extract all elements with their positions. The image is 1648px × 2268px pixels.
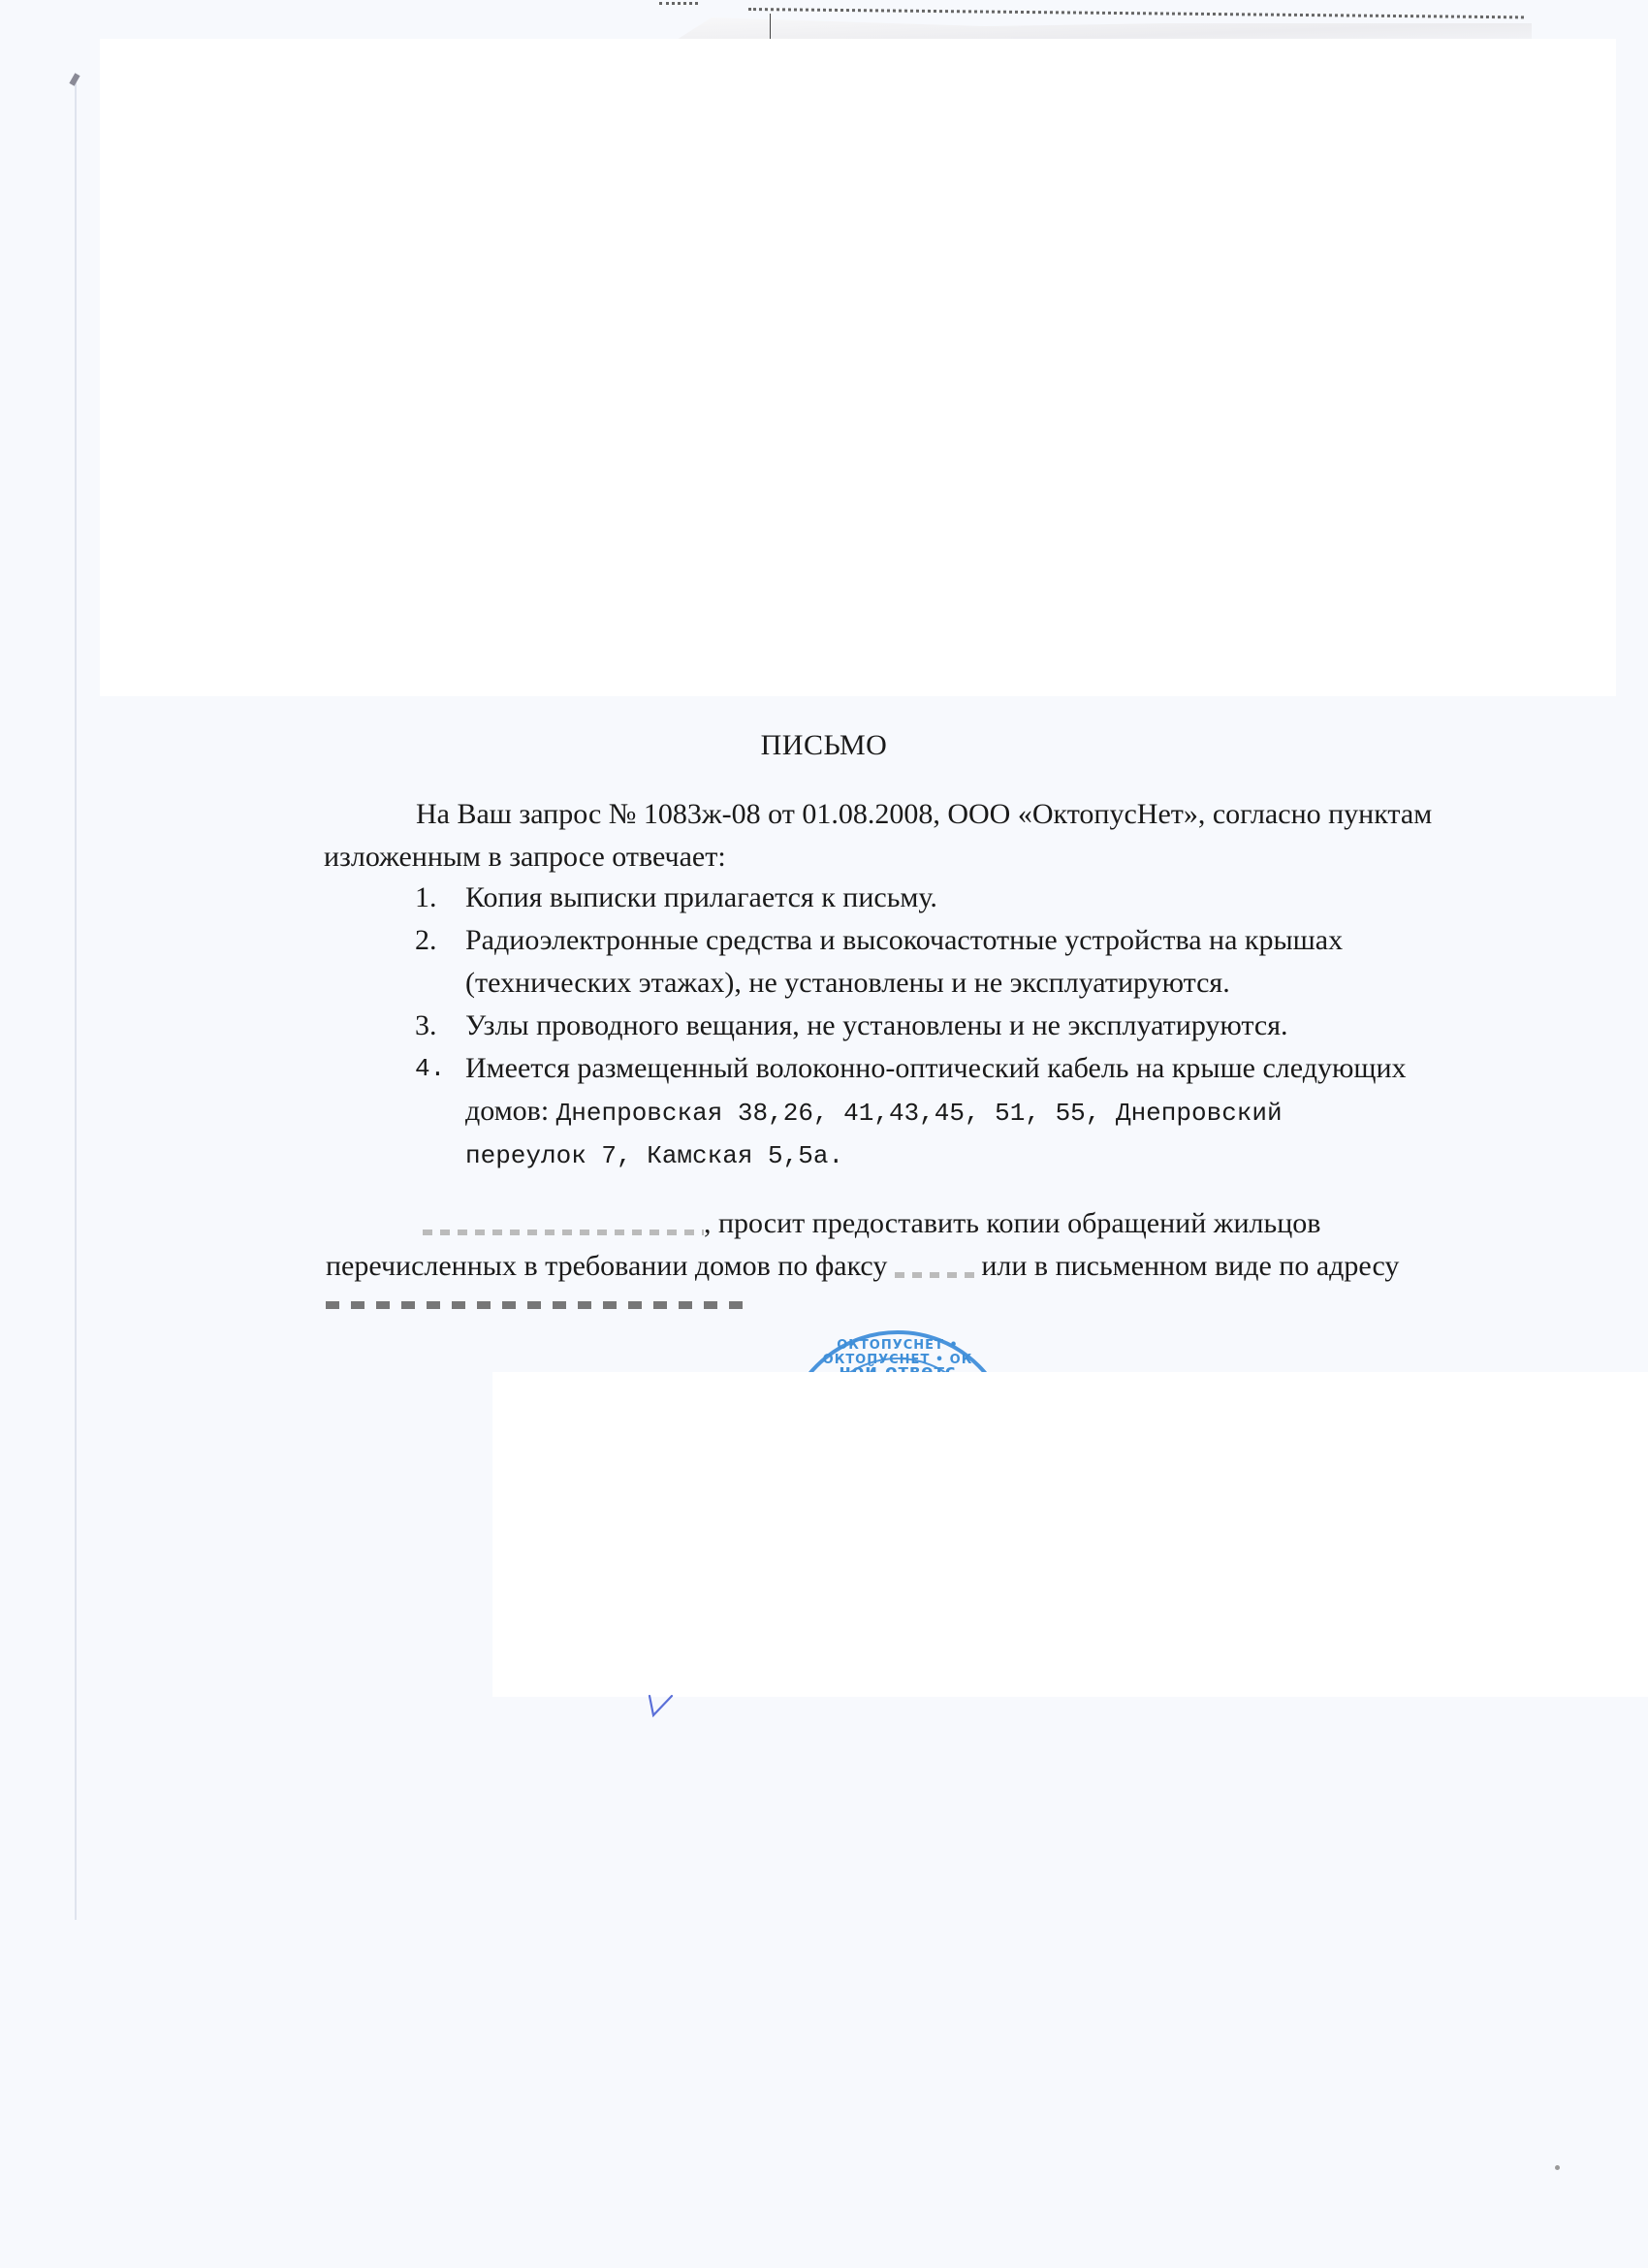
scan-dotted-line <box>748 8 1524 18</box>
redaction-mask-top <box>100 39 1616 696</box>
intro-line-2: изложенным в запросе отвечает: <box>324 836 1603 878</box>
list-text: Имеется размещенный волоконно-оптический… <box>465 1047 1578 1090</box>
address-list: Днепровская 38,26, 41,43,45, 51, 55, Дне… <box>556 1099 1283 1128</box>
list-text: Радиоэлектронные средства и высокочастот… <box>465 919 1578 962</box>
redaction-mask-bottom <box>492 1372 1648 1697</box>
request-text: , просит предоставить копии обращений жи… <box>704 1207 1320 1239</box>
list-text: домов: Днепровская 38,26, 41,43,45, 51, … <box>465 1090 1578 1134</box>
list-item: 3. Узлы проводного вещания, не установле… <box>415 1005 1578 1047</box>
request-text: или в письменном виде по адресу <box>974 1250 1400 1282</box>
request-paragraph: ООО «ОктопусНет», просит предоставить ко… <box>326 1202 1615 1288</box>
intro-paragraph: На Ваш запрос № 1083ж-08 от 01.08.2008, … <box>324 793 1603 878</box>
list-number: 2. <box>415 919 437 962</box>
request-text: перечисленных в требовании домов по факс… <box>326 1250 895 1282</box>
intro-line-1: На Ваш запрос № 1083ж-08 от 01.08.2008, … <box>324 793 1603 836</box>
letter-title: ПИСЬМО <box>0 729 1648 762</box>
list-item: 4. Имеется размещенный волоконно-оптичес… <box>415 1047 1578 1177</box>
list-text: (технических этажах), не установлены и н… <box>465 962 1578 1005</box>
redacted-fax: с <box>895 1272 974 1278</box>
list-number: 1. <box>415 877 437 919</box>
redacted-company: ООО «ОктопусНет» <box>423 1230 704 1235</box>
list-item: 1. Копия выписки прилагается к письму. <box>415 877 1578 919</box>
request-line-2: перечисленных в требовании домов по факс… <box>326 1245 1615 1288</box>
scan-dotted-line <box>659 2 698 5</box>
list-text: Узлы проводного вещания, не установлены … <box>465 1009 1288 1041</box>
scan-speck <box>1555 2165 1560 2170</box>
list-text: Копия выписки прилагается к письму. <box>465 881 937 913</box>
response-list: 1. Копия выписки прилагается к письму. 2… <box>415 877 1578 1177</box>
list-number: 3. <box>415 1005 437 1047</box>
address-list-cont: переулок 7, Камская 5,5а. <box>465 1134 1578 1177</box>
request-line-1: ООО «ОктопусНет», просит предоставить ко… <box>326 1202 1615 1245</box>
redacted-address <box>326 1301 752 1309</box>
scan-left-edge <box>75 78 77 1920</box>
list-number: 4. <box>415 1047 445 1090</box>
handwritten-check-icon <box>646 1692 675 1719</box>
list-item: 2. Радиоэлектронные средства и высокочас… <box>415 919 1578 1005</box>
address-prefix: домов: <box>465 1095 556 1127</box>
scan-left-mark <box>69 73 79 85</box>
